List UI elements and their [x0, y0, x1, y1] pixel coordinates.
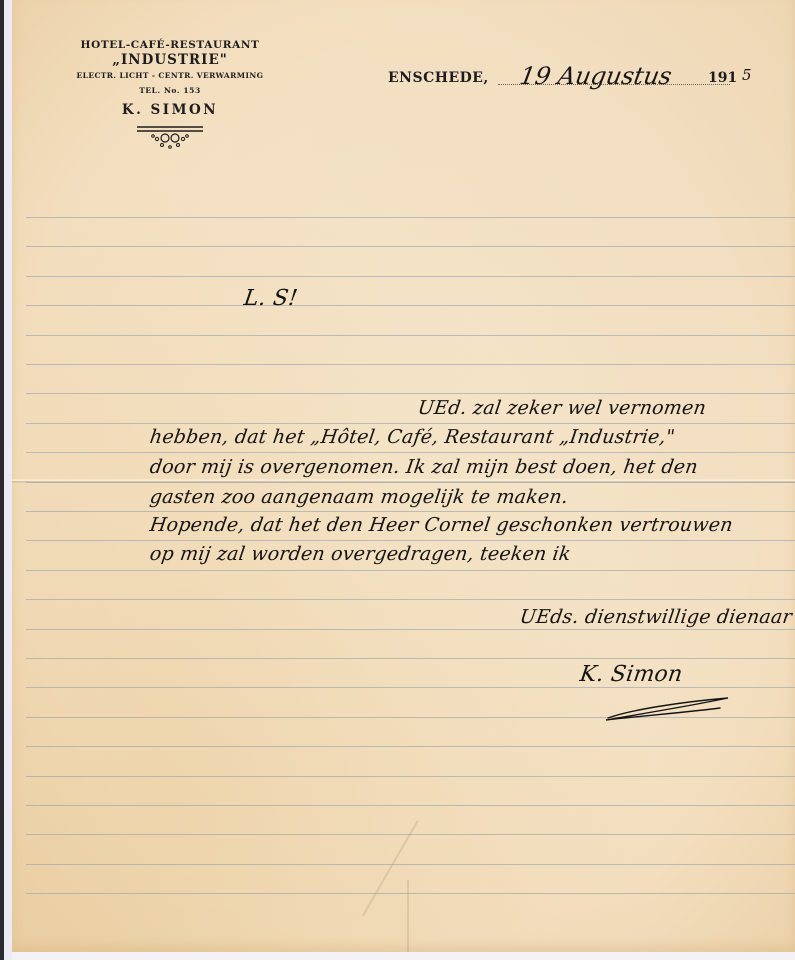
body-line: door mij is overgenomen. Ik zal mijn bes…: [148, 456, 699, 478]
handwritten-year-digit: 5: [742, 66, 752, 84]
letterhead: HOTEL-CAFÉ-RESTAURANT „INDUSTRIE" ELECTR…: [40, 38, 300, 150]
ruled-line: [26, 570, 795, 571]
ornament-divider-icon: [135, 124, 205, 150]
ruled-line: [26, 364, 795, 365]
ruled-line: [26, 246, 795, 247]
ruled-line: [26, 599, 795, 600]
ruled-line: [26, 893, 795, 894]
salutation: L. S!: [242, 286, 299, 311]
ruled-line: [26, 864, 795, 865]
ruled-line: [26, 423, 795, 424]
letterhead-business-type: HOTEL-CAFÉ-RESTAURANT: [40, 38, 300, 52]
body-line: UEd. zal zeker wel vernomen: [416, 397, 707, 419]
ruled-line: [26, 540, 795, 541]
ruled-line: [26, 658, 795, 659]
body-line: gasten zoo aangenaam mogelijk te maken.: [148, 486, 569, 508]
body-line: op mij zal worden overgedragen, teeken i…: [148, 543, 572, 565]
ruled-line: [26, 776, 795, 777]
scan-edge-light: [4, 0, 12, 960]
ruled-line: [26, 805, 795, 806]
handwritten-date: 19 Augustus: [518, 62, 674, 90]
closing-phrase: UEds. dienstwillige dienaar: [518, 606, 793, 628]
body-line: hebben, dat het „Hôtel, Café, Restaurant…: [148, 426, 676, 448]
signature-flourish-icon: [600, 692, 735, 724]
letterhead-business-name: „INDUSTRIE": [40, 52, 300, 68]
ruled-line: [26, 452, 795, 453]
ruled-line: [26, 335, 795, 336]
letterhead-proprietor: K. SIMON: [40, 98, 300, 122]
ruled-line: [26, 687, 795, 688]
letterhead-amenities: ELECTR. LICHT - CENTR. VERWARMING: [40, 68, 300, 84]
signature: K. Simon: [578, 662, 684, 687]
fold-crease-horizontal: [12, 479, 795, 483]
ruled-line: [26, 276, 795, 277]
place-date-line: ENSCHEDE, 19 Augustus 191 5: [388, 62, 758, 102]
ruled-line: [26, 746, 795, 747]
fold-crease-vertical: [407, 880, 409, 952]
body-line: Hopende, dat het den Heer Cornel geschon…: [148, 514, 734, 536]
letterhead-telephone: TEL. No. 153: [40, 84, 300, 98]
place-name: ENSCHEDE,: [388, 70, 489, 86]
printed-year: 191: [708, 70, 737, 86]
ruled-line: [26, 511, 795, 512]
ruled-line: [26, 217, 795, 218]
ruled-line: [26, 305, 795, 306]
ruled-line: [26, 629, 795, 630]
ruled-line: [26, 393, 795, 394]
